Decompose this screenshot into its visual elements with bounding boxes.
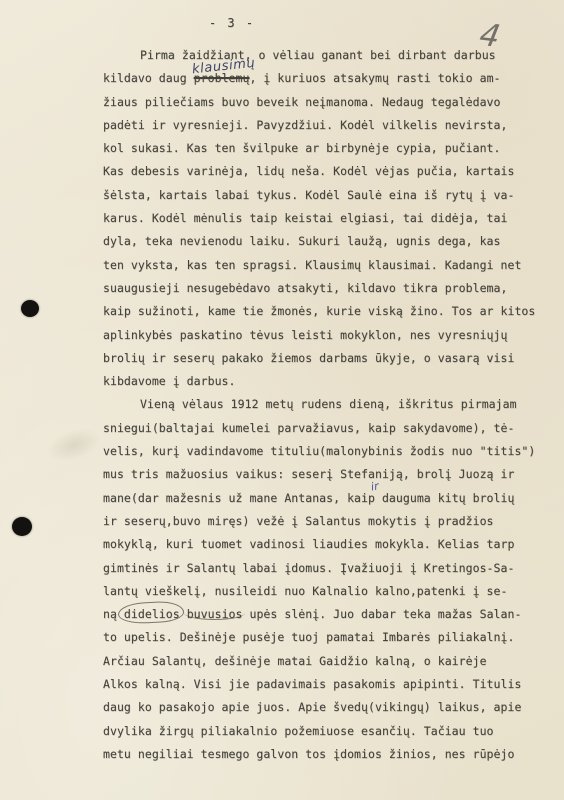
- typed-text: kol sukasi. Kas ten švilpuke ar birbynėj…: [103, 141, 501, 155]
- typescript-line: Vieną vėlaus 1912 metų rudens dieną, išk…: [103, 393, 548, 416]
- typed-page-number: - 3 -: [0, 16, 464, 30]
- typed-text: kildavo daug: [103, 71, 194, 85]
- typed-text: , į kuriuos atsakymų rasti tokio am-: [249, 71, 500, 85]
- typescript-line: brolių ir seserų pakako žiemos darbams ū…: [103, 347, 548, 370]
- typescript-line: padėti ir vyresnieji. Pavyzdžiui. Kodėl …: [103, 114, 548, 137]
- typescript-line: dvylika žirgų piliakalnio požemiuose esa…: [103, 720, 548, 743]
- typescript-line: mane(dar mažesnis už mane Antanas, kaipi…: [103, 487, 548, 510]
- typed-text: velis, kurį vadindavome tituliu(malonybi…: [103, 444, 535, 458]
- typed-text: dyla, teka nevienodu laiku. Sukuri laužą…: [103, 234, 501, 248]
- typescript-line: dyla, teka nevienodu laiku. Sukuri laužą…: [103, 230, 548, 253]
- typed-text: mokyklą, kuri tuomet vadinosi liaudies m…: [103, 537, 514, 551]
- typescript-line: žiaus piliečiams buvo beveik neįmanoma. …: [103, 91, 548, 114]
- typescript-line: to upelis. Dešinėje pusėje tuoj pamatai …: [103, 626, 548, 649]
- typescript-line: Alkos kalną. Visi jie padavimais pasakom…: [103, 673, 548, 696]
- typed-text: dvylika žirgų piliakalnio požemiuose esa…: [103, 724, 494, 738]
- typescript-line: lantų vieškelį, nusileidi nuo Kalnalio k…: [103, 580, 548, 603]
- typescript-line: mus tris mažuosius vaikus: seserį Stefan…: [103, 463, 548, 486]
- typed-text: Kas debesis varinėja, lidų neša. Kodėl v…: [103, 164, 514, 178]
- typescript-line: gimtinės ir Salantų labai įdomus. Įvažiu…: [103, 557, 548, 580]
- handwritten-correction: klausimų: [191, 52, 257, 82]
- typescript-line: mokyklą, kuri tuomet vadinosi liaudies m…: [103, 533, 548, 556]
- typed-text: kibdavome į darbus.: [103, 374, 236, 388]
- typed-text: sniegui(baltajai kumelei parvažiavus, ka…: [103, 421, 514, 435]
- typed-text: daug ko pasakojo apie juos. Apie švedų(v…: [103, 700, 521, 714]
- typed-text: ten vyksta, kas ten spragsi. Klausimų kl…: [103, 258, 521, 272]
- typed-text: karus. Kodėl mėnulis taip keistai elgias…: [103, 211, 507, 225]
- typescript-body: Pirma žaidžiant, o vėliau ganant bei dir…: [103, 44, 548, 766]
- typescript-line: ir seserų,buvo miręs) vežė į Salantus mo…: [103, 510, 548, 533]
- typescript-line: metu negiliai tesmego galvon tos įdomios…: [103, 743, 548, 766]
- circled-word: didelios: [124, 607, 180, 621]
- typed-text: kaip sužinoti, kame tie žmonės, kurie vi…: [103, 304, 535, 318]
- typescript-line: Arčiau Salantų, dešinėje matai Gaidžio k…: [103, 650, 548, 673]
- typed-text: ir seserų,buvo miręs) vežė į Salantus mo…: [103, 514, 494, 528]
- typed-text: aplinkybės paskatino tėvus leisti mokykl…: [103, 328, 507, 342]
- hole-punch-top: [21, 300, 39, 317]
- hand-underlined-word: buvusios: [187, 607, 243, 621]
- scanned-typescript-page: { "page": { "typed_page_number": "- 3 -"…: [0, 0, 564, 800]
- typed-text: [180, 607, 187, 621]
- typescript-line: kildavo daug problemųklausimų, į kuriuos…: [103, 67, 548, 90]
- typescript-line: Pirma žaidžiant, o vėliau ganant bei dir…: [103, 44, 548, 67]
- typescript-line: kaip sužinoti, kame tie žmonės, kurie vi…: [103, 300, 548, 323]
- typescript-line: kibdavome į darbus.: [103, 370, 548, 393]
- typed-text: ną: [103, 607, 124, 621]
- typed-text: Arčiau Salantų, dešinėje matai Gaidžio k…: [103, 654, 487, 668]
- typed-text: to upelis. Dešinėje pusėje tuoj pamatai …: [103, 630, 514, 644]
- typescript-line: kol sukasi. Kas ten švilpuke ar birbynėj…: [103, 137, 548, 160]
- typescript-line: sniegui(baltajai kumelei parvažiavus, ka…: [103, 417, 548, 440]
- typed-text: dauguma kitų brolių: [375, 491, 514, 505]
- typed-text: Vieną vėlaus 1912 metų rudens dieną, išk…: [140, 397, 517, 411]
- typed-text: padėti ir vyresnieji. Pavyzdžiui. Kodėl …: [103, 118, 507, 132]
- typescript-line: suaugusieji nesugebėdavo atsakyti, kilda…: [103, 277, 548, 300]
- typed-text: upės slėnį. Juo dabar teka mažas Salan-: [243, 607, 522, 621]
- typed-text: Alkos kalną. Visi jie padavimais pasakom…: [103, 677, 521, 691]
- typed-text: mus tris mažuosius vaikus: seserį Stefan…: [103, 467, 514, 481]
- typescript-line: aplinkybės paskatino tėvus leisti mokykl…: [103, 324, 548, 347]
- typed-text: metu negiliai tesmego galvon tos įdomios…: [103, 747, 514, 761]
- struck-word: problemųklausimų: [194, 71, 250, 85]
- hole-punch-bottom: [12, 517, 32, 536]
- typed-text: mane(dar mažesnis už mane Antanas, kaip: [103, 491, 375, 505]
- typescript-line: daug ko pasakojo apie juos. Apie švedų(v…: [103, 696, 548, 719]
- typescript-line: velis, kurį vadindavome tituliu(malonybi…: [103, 440, 548, 463]
- typed-text: žiaus piliečiams buvo beveik neįmanoma. …: [103, 95, 501, 109]
- typescript-line: karus. Kodėl mėnulis taip keistai elgias…: [103, 207, 548, 230]
- typed-text: lantų vieškelį, nusileidi nuo Kalnalio k…: [103, 584, 507, 598]
- typescript-line: ten vyksta, kas ten spragsi. Klausimų kl…: [103, 254, 548, 277]
- typed-text: suaugusieji nesugebėdavo atsakyti, kilda…: [103, 281, 507, 295]
- typed-text: šėlsta, kartais labai tykus. Kodėl Saulė…: [103, 188, 514, 202]
- typed-text: gimtinės ir Salantų labai įdomus. Įvažiu…: [103, 561, 514, 575]
- typescript-line: ną didelios buvusios upės slėnį. Juo dab…: [103, 603, 548, 626]
- typescript-line: Kas debesis varinėja, lidų neša. Kodėl v…: [103, 160, 548, 183]
- typed-text: brolių ir seserų pakako žiemos darbams ū…: [103, 351, 514, 365]
- typescript-line: šėlsta, kartais labai tykus. Kodėl Saulė…: [103, 184, 548, 207]
